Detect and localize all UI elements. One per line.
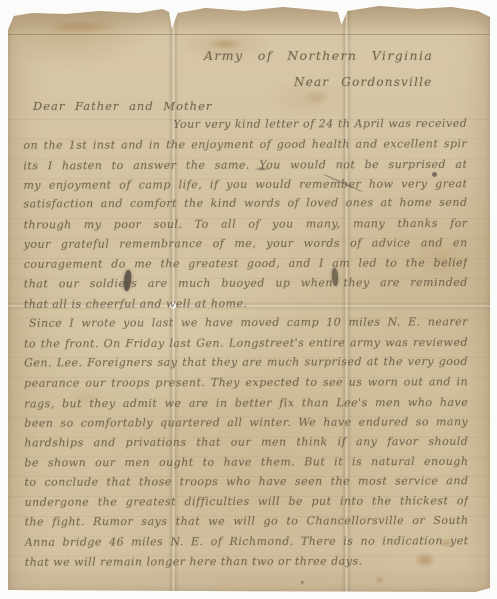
letter-salutation: Dear Father and Mother: [33, 99, 212, 113]
letter-line: undergone the greatest difficulties will…: [25, 491, 469, 512]
letter-line: be shown our men ought to have them. But…: [24, 452, 468, 473]
letter-line: that we will remain longer here than two…: [25, 551, 469, 572]
letter-line: to conclude that those troops who have s…: [24, 471, 468, 492]
letter-line: its I hasten to answer the same. You wou…: [23, 155, 467, 176]
letter-line: Gen. Lee. Foreigners say that they are m…: [24, 352, 468, 373]
letter-line: that all is cheerful and well at home.: [24, 293, 468, 314]
letter-line: Since I wrote you last we have moved cam…: [24, 313, 468, 334]
letter-line: satisfaction and comfort the kind words …: [23, 193, 467, 214]
stain: [300, 580, 305, 585]
photo-background: Army of Northern Virginia Near Gordonsvi…: [0, 0, 497, 599]
letter-line: the fight. Rumor says that we will go to…: [25, 511, 469, 532]
letter-line: couragement do me the greatest good, and…: [24, 253, 468, 274]
letter-line: your grateful remembrance of me, your wo…: [24, 233, 468, 254]
letter-heading-army: Army of Northern Virginia: [204, 48, 433, 63]
letter-line: my enjoyment of camp life, if you would …: [23, 174, 467, 195]
torn-top-fold: [8, 4, 490, 35]
letter-heading-place: Near Gordonsville: [294, 75, 432, 89]
letter-line: Anna bridge 46 miles N. E. of Richmond. …: [25, 531, 469, 552]
letter-line: that our soldiers are much buoyed up whe…: [24, 273, 468, 294]
letter-line: Your very kind letter of 24 th April was…: [23, 114, 467, 135]
letter-line: rags, but they admit we are in better fi…: [24, 393, 468, 414]
letter-line: been so comfortably quartered all winter…: [24, 412, 468, 433]
letter-line: on the 1st inst and in the enjoyment of …: [23, 134, 467, 155]
letter-line: hardships and privations that our men th…: [24, 431, 468, 452]
letter-paper: Army of Northern Virginia Near Gordonsvi…: [8, 4, 490, 592]
letter-line: through my poor soul. To all of you many…: [24, 214, 468, 235]
letter-line: pearance our troops present. They expect…: [24, 372, 468, 393]
letter-body: Your very kind letter of 24 th April was…: [23, 114, 469, 572]
